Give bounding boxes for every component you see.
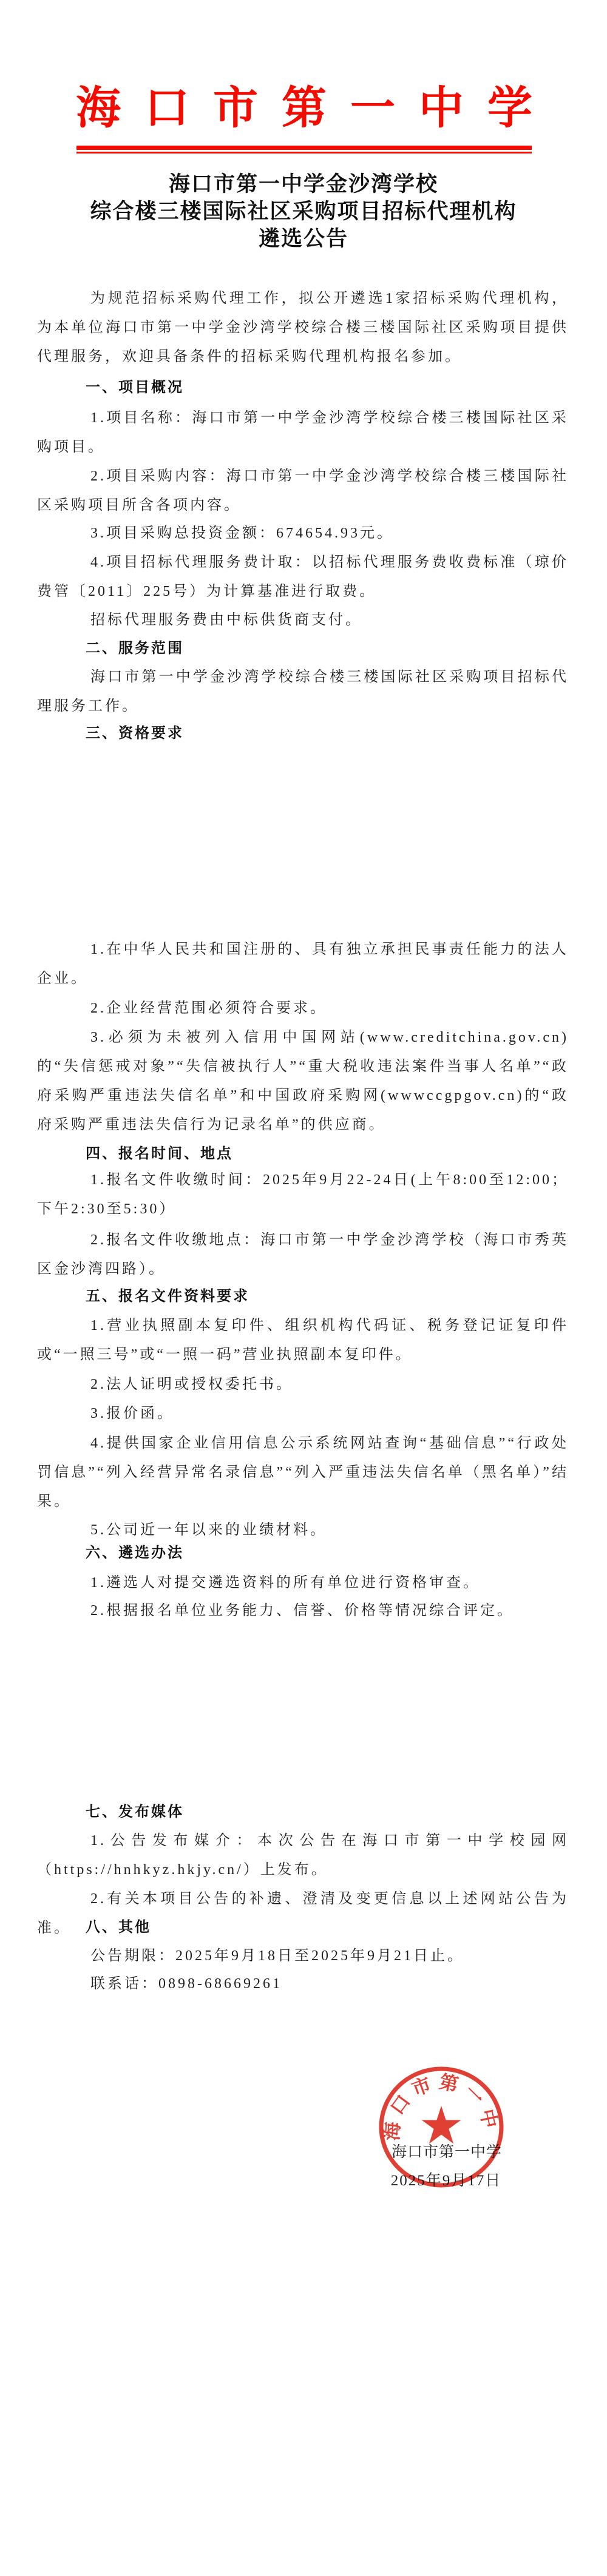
document-title: 海口市第一中学金沙湾学校 综合楼三楼国际社区采购项目招标代理机构 遴选公告 (0, 170, 607, 252)
section-heading-other: 八、其他 (86, 1913, 151, 1942)
paragraph-doc-req-1: 1.营业执照副本复印件、组织机构代码证、税务登记证复印件或“一照三号”或“一照一… (37, 1311, 569, 1369)
document-title-line2: 综合楼三楼国际社区采购项目招标代理机构 (0, 198, 607, 225)
paragraph-total-investment: 3.项目采购总投资金额：674654.93元。 (37, 519, 569, 548)
document-title-line3: 遴选公告 (0, 225, 607, 252)
paragraph-publish-media-1: 1.公告发布媒介：本次公告在海口市第一中学校园网（https://hnhkyz.… (37, 1826, 569, 1884)
announcement-document: { "theme": { "accent_red": "#f40b00", "s… (0, 0, 607, 2576)
paragraph-qualification-3: 3.必须为未被列入信用中国网站(www.creditchina.gov.cn)的… (37, 1023, 569, 1139)
seal-star-icon (422, 2106, 461, 2144)
paragraph-selection-method-1: 1.遴选人对提交遴选资料的所有单位进行资格审查。 (37, 1568, 569, 1597)
section-heading-qualification: 三、资格要求 (86, 719, 184, 748)
paragraph-qualification-1: 1.在中华人民共和国注册的、具有独立承担民事责任能力的法人企业。 (37, 935, 569, 993)
official-seal: 海口市第一中学 (376, 2065, 506, 2189)
intro-paragraph: 为规范招标采购代理工作，拟公开遴选1家招标采购代理机构，为本单位海口市第一中学金… (37, 284, 569, 371)
paragraph-project-name: 1.项目名称：海口市第一中学金沙湾学校综合楼三楼国际社区采购项目。 (37, 403, 569, 462)
paragraph-fee-payer: 招标代理服务费由中标供货商支付。 (37, 605, 569, 635)
paragraph-registration-place: 2.报名文件收缴地点：海口市第一中学金沙湾学校（海口市秀英区金沙湾四路）。 (37, 1226, 569, 1284)
paragraph-service-scope: 海口市第一中学金沙湾学校综合楼三楼国际社区采购项目招标代理服务工作。 (37, 663, 569, 721)
document-title-line1: 海口市第一中学金沙湾学校 (0, 170, 607, 198)
letterhead-divider-thin-line (76, 152, 532, 153)
section-heading-registration-time-place: 四、报名时间、地点 (86, 1139, 233, 1168)
section-heading-project-overview: 一、项目概况 (86, 373, 184, 402)
paragraph-qualification-2: 2.企业经营范围必须符合要求。 (37, 994, 569, 1023)
paragraph-selection-method-2: 2.根据报名单位业务能力、信誉、价格等情况综合评定。 (37, 1596, 569, 1625)
paragraph-doc-req-2: 2.法人证明或授权委托书。 (37, 1370, 569, 1399)
letterhead-divider-thick-line (76, 146, 532, 150)
letterhead-divider (76, 146, 532, 153)
paragraph-doc-req-3: 3.报价函。 (37, 1399, 569, 1428)
letterhead-school-name: 海口市第一中学 (76, 83, 556, 135)
paragraph-registration-time: 1.报名文件收缴时间：2025年9月22-24日(上午8:00至12:00；下午… (37, 1165, 569, 1224)
paragraph-procurement-content: 2.项目采购内容：海口市第一中学金沙湾学校综合楼三楼国际社区采购项目所含各项内容… (37, 462, 569, 520)
paragraph-agency-fee: 4.项目招标代理服务费计取：以招标代理服务费收费标准（琼价费管〔2011〕225… (37, 548, 569, 606)
section-heading-selection-method: 六、遴选办法 (86, 1539, 184, 1568)
paragraph-notice-period: 公告期限：2025年9月18日至2025年9月21日止。 (37, 1941, 569, 1971)
section-heading-publish-media: 七、发布媒体 (86, 1798, 184, 1827)
paragraph-contact-phone: 联系话：0898-68669261 (37, 1969, 569, 1998)
section-heading-document-requirements: 五、报名文件资料要求 (86, 1282, 249, 1311)
section-heading-service-scope: 二、服务范围 (86, 634, 184, 663)
paragraph-doc-req-4: 4.提供国家企业信用信息公示系统网站查询“基础信息”“行政处罚信息”“列入经营异… (37, 1429, 569, 1516)
